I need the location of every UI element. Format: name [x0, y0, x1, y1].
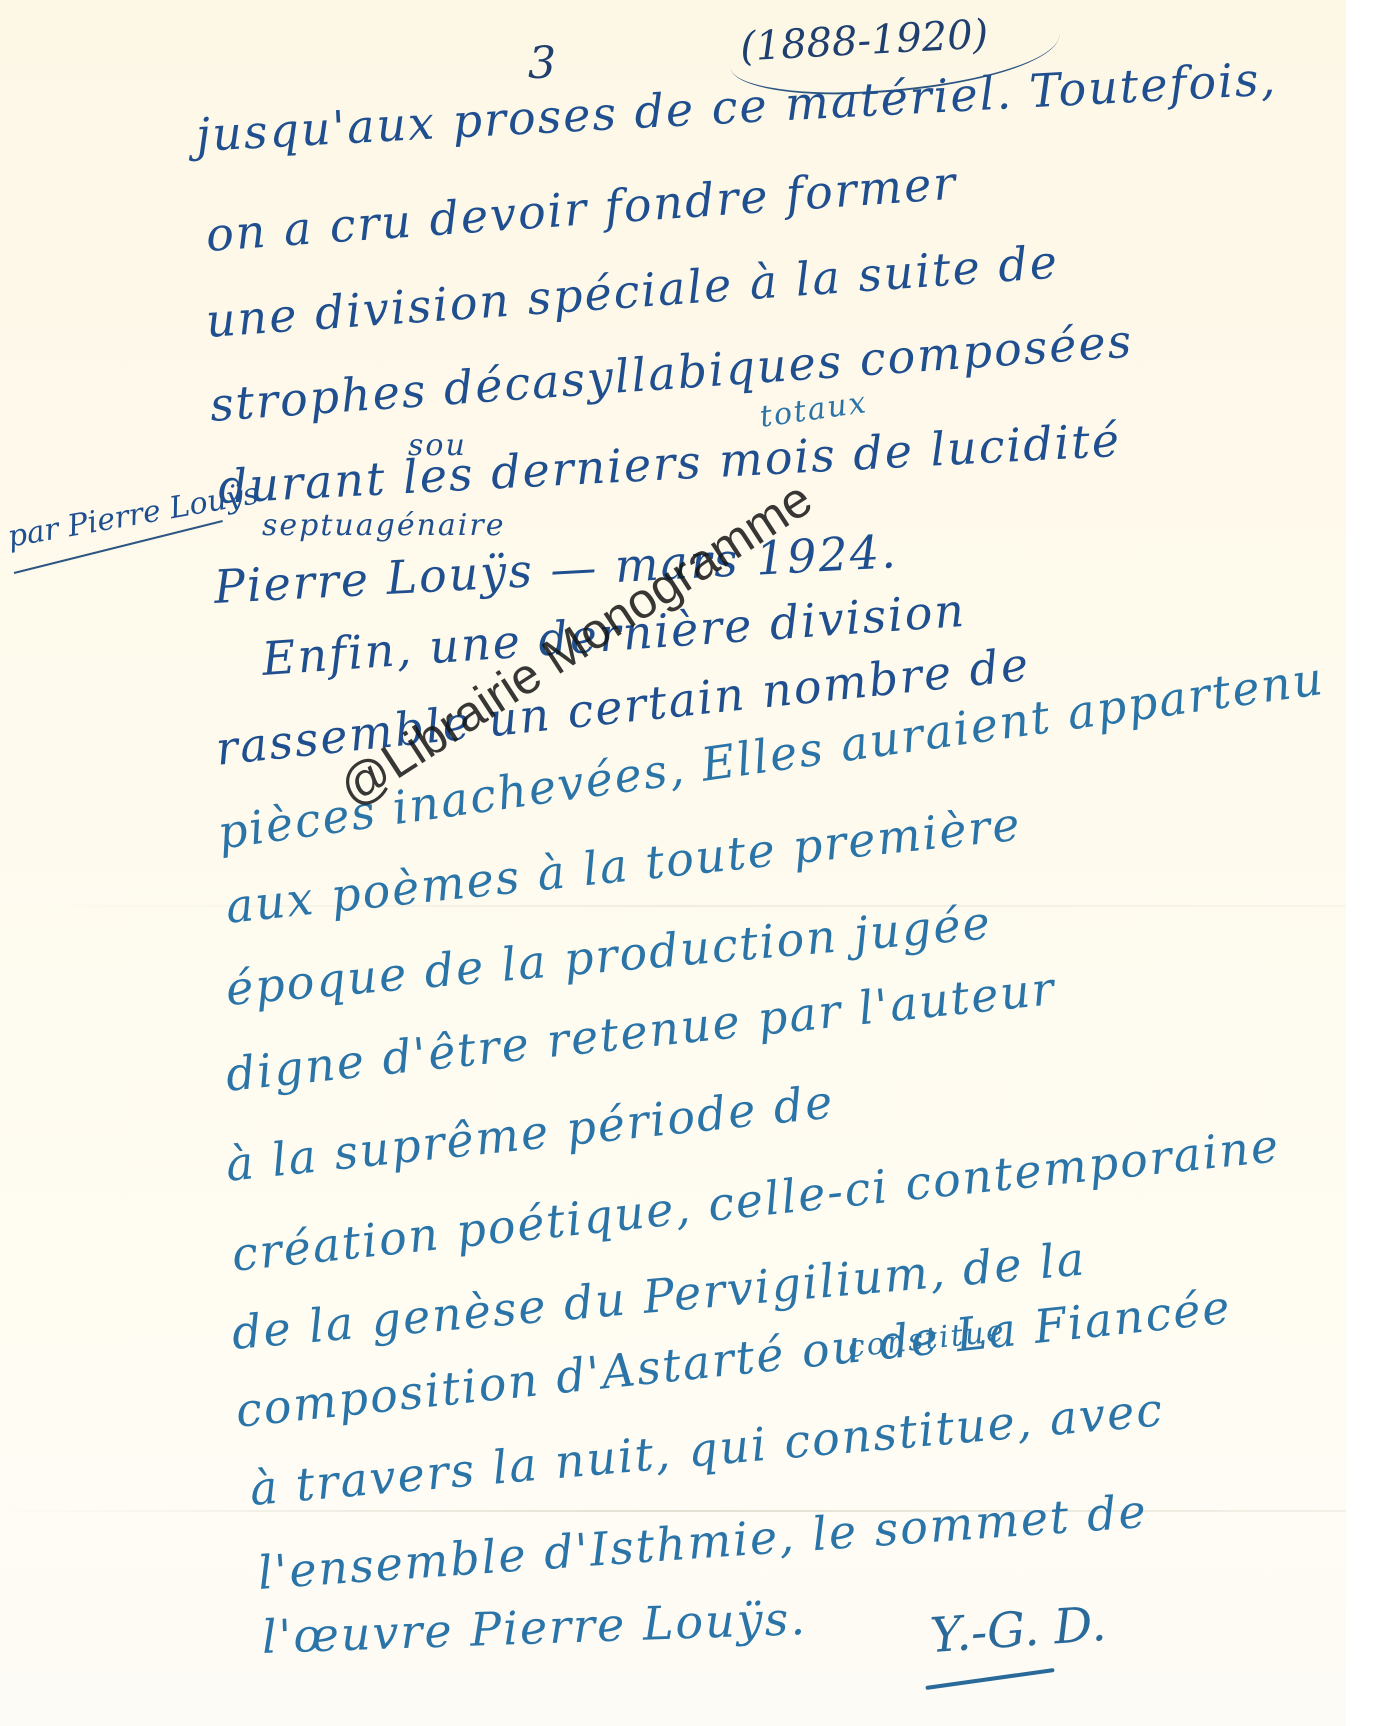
manuscript-line-5: durant les derniers mois de lucidité	[217, 413, 1123, 514]
manuscript-page: 3 (1888-1920) jusqu'aux proses de ce mat…	[0, 0, 1346, 1726]
manuscript-line-19: l'œuvre Pierre Louÿs.	[261, 1591, 808, 1664]
manuscript-line-2: on a cru devoir fondre former	[204, 156, 959, 262]
paper-fold-line	[0, 905, 1346, 907]
page-number: 3	[528, 38, 556, 89]
line-2-text: on a cru devoir fondre former	[204, 156, 959, 262]
insertion-below-durant: septuagénaire	[262, 508, 505, 543]
signature: Y.-G. D.	[928, 1596, 1108, 1664]
signature-underline	[925, 1668, 1054, 1690]
